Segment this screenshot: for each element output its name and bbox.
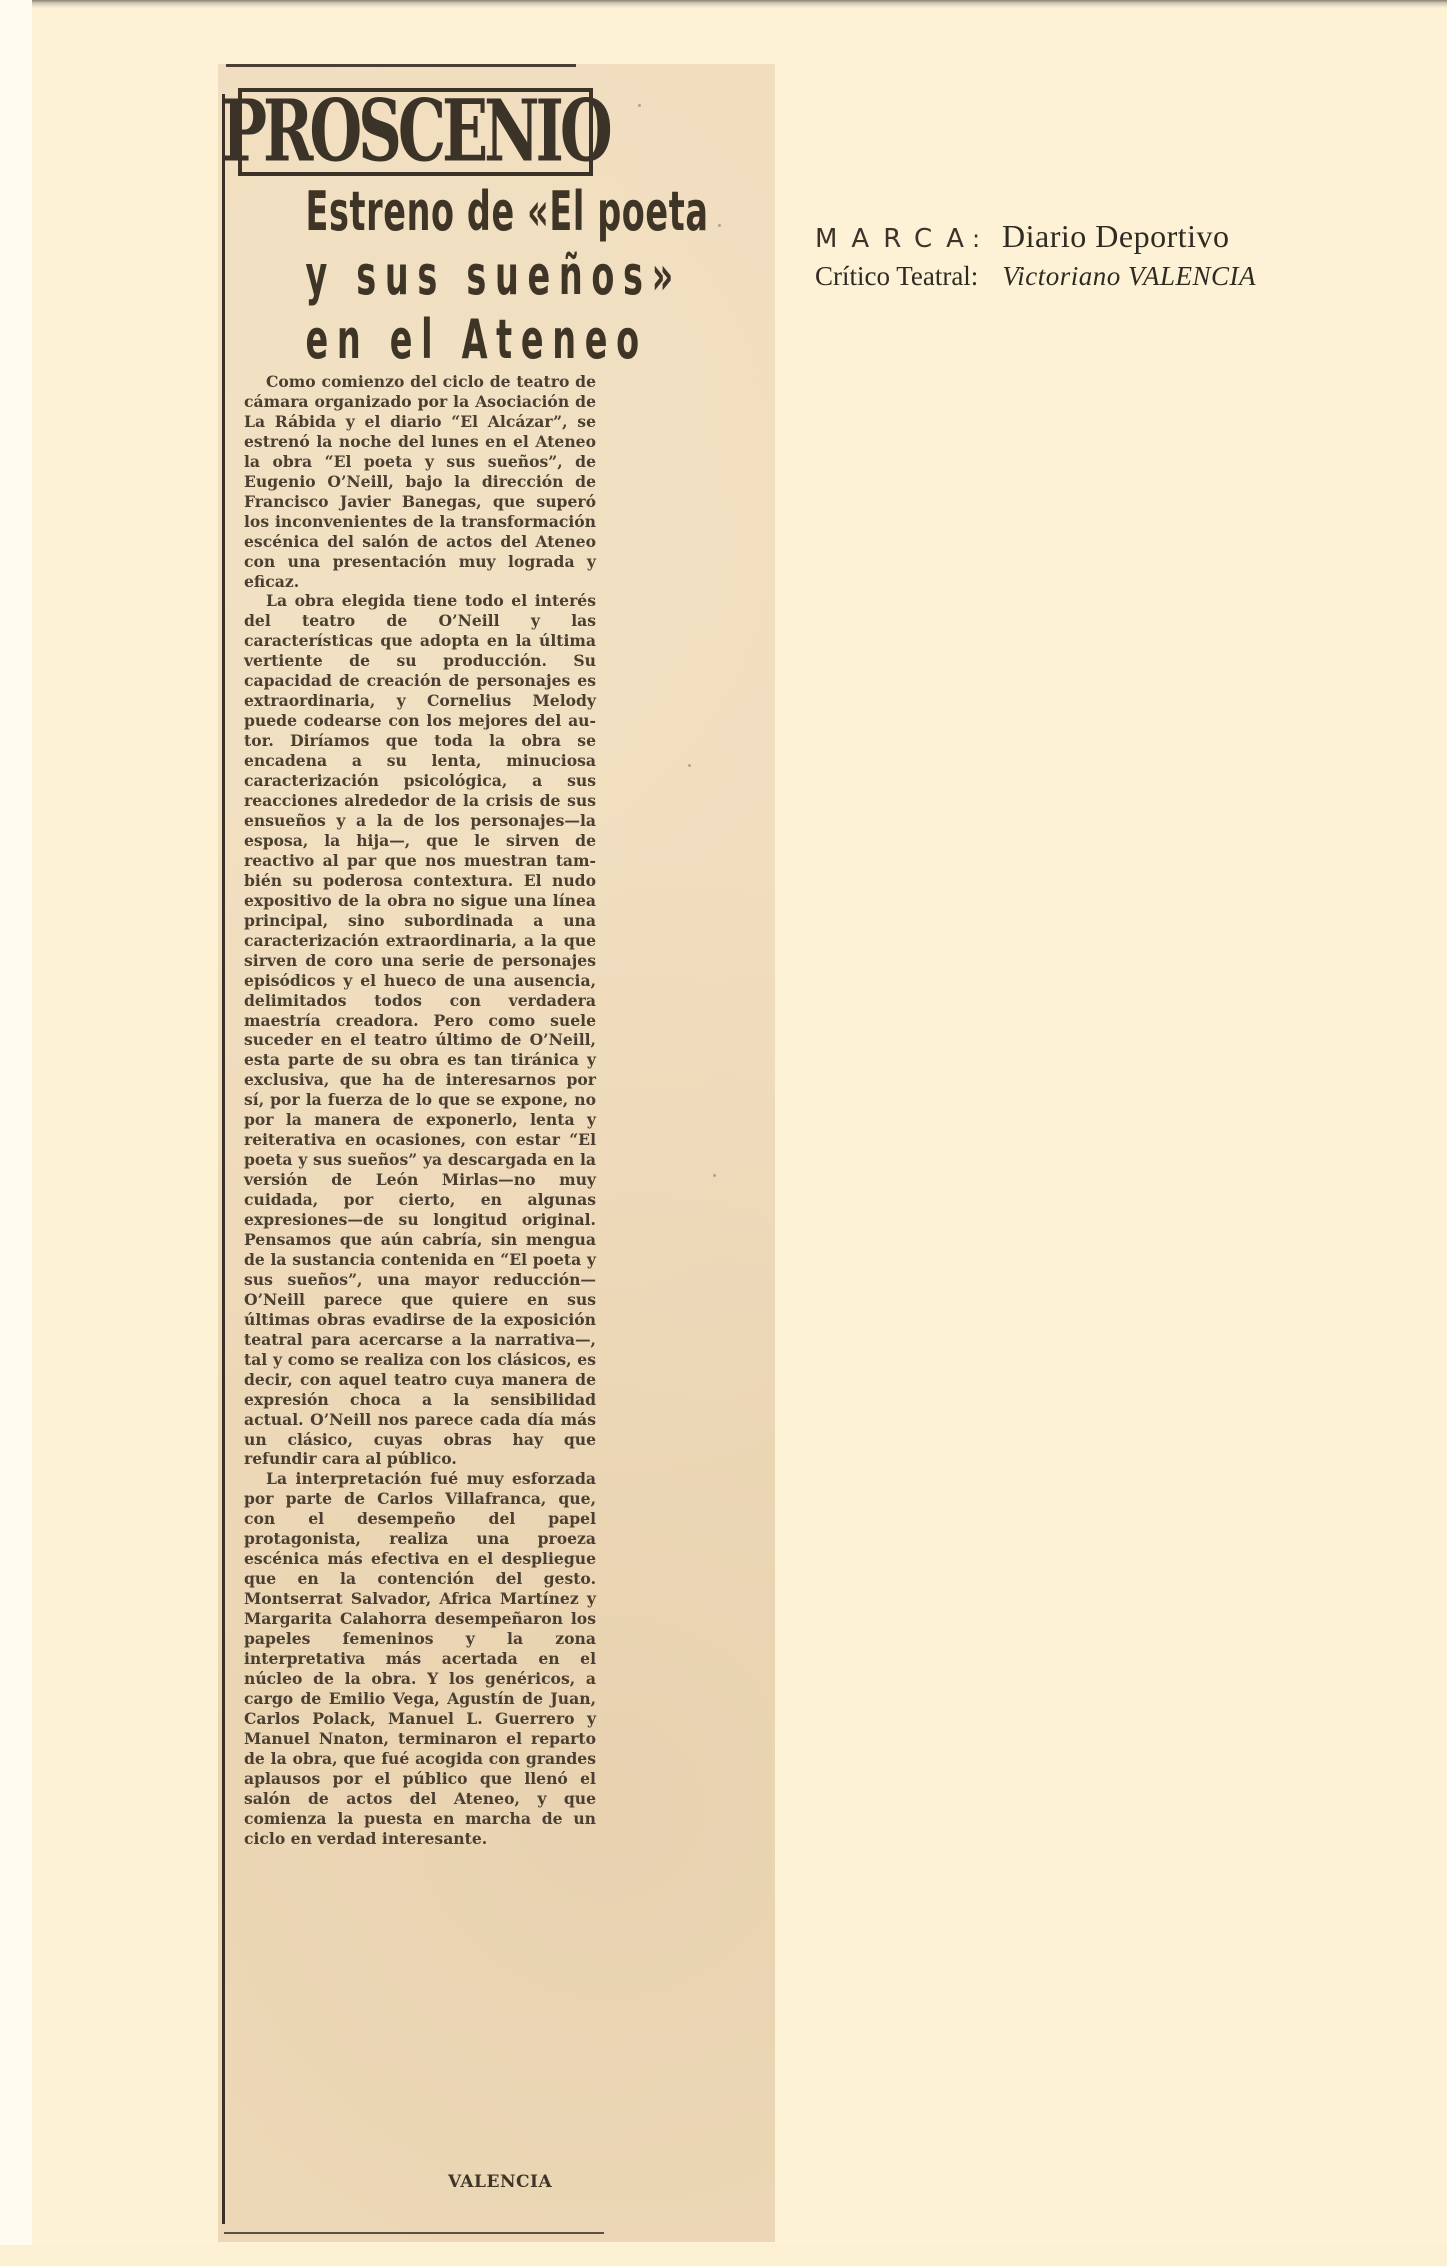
scan-bottom-edge [0, 2245, 1447, 2266]
headline-line-3: en el Ateneo [305, 308, 525, 372]
newspaper-clipping: PROSCENIO Estreno de «El poeta y sus sue… [218, 64, 775, 2242]
publication-name: MARCA [815, 224, 978, 254]
critic-row: Crítico Teatral: Victoriano VALENCIA [815, 261, 1256, 292]
headline-line-1: Estreno de «El poeta [305, 180, 525, 244]
publication-description: Diario Deportivo [1002, 218, 1230, 255]
critic-label: Crítico Teatral: [815, 261, 978, 292]
clipping-left-rule [222, 94, 225, 2224]
article-paragraph-3: La interpretación fué muy es­forzada por… [244, 1469, 596, 1848]
publication-separator: : [972, 225, 980, 253]
clipping-top-rule [226, 64, 576, 67]
article-body: Como comienzo del ciclo de teatro de cám… [244, 372, 596, 1849]
section-masthead: PROSCENIO [238, 88, 593, 176]
clipping-caption: MARCA : Diario Deportivo Crítico Teatral… [815, 218, 1256, 292]
paper-speck [718, 224, 721, 227]
critic-name: Victoriano VALENCIA [1002, 261, 1256, 292]
scan-left-margin [0, 0, 32, 2266]
article-paragraph-1: Como comienzo del ciclo de teatro de cám… [244, 372, 596, 591]
article-headline: Estreno de «El poeta y sus sueños» en el… [238, 180, 593, 372]
paper-speck [713, 1174, 716, 1177]
article-signature: VALENCIA [448, 2172, 552, 2192]
clipping-bottom-rule [224, 2232, 604, 2234]
scan-top-edge [0, 0, 1447, 8]
section-title: PROSCENIO [222, 89, 609, 174]
paper-speck [688, 764, 691, 767]
paper-speck [638, 104, 641, 107]
article-paragraph-2: La obra elegida tiene todo el interés de… [244, 591, 596, 1469]
headline-line-2: y sus sueños» [305, 244, 525, 308]
publication-row: MARCA : Diario Deportivo [815, 218, 1256, 255]
